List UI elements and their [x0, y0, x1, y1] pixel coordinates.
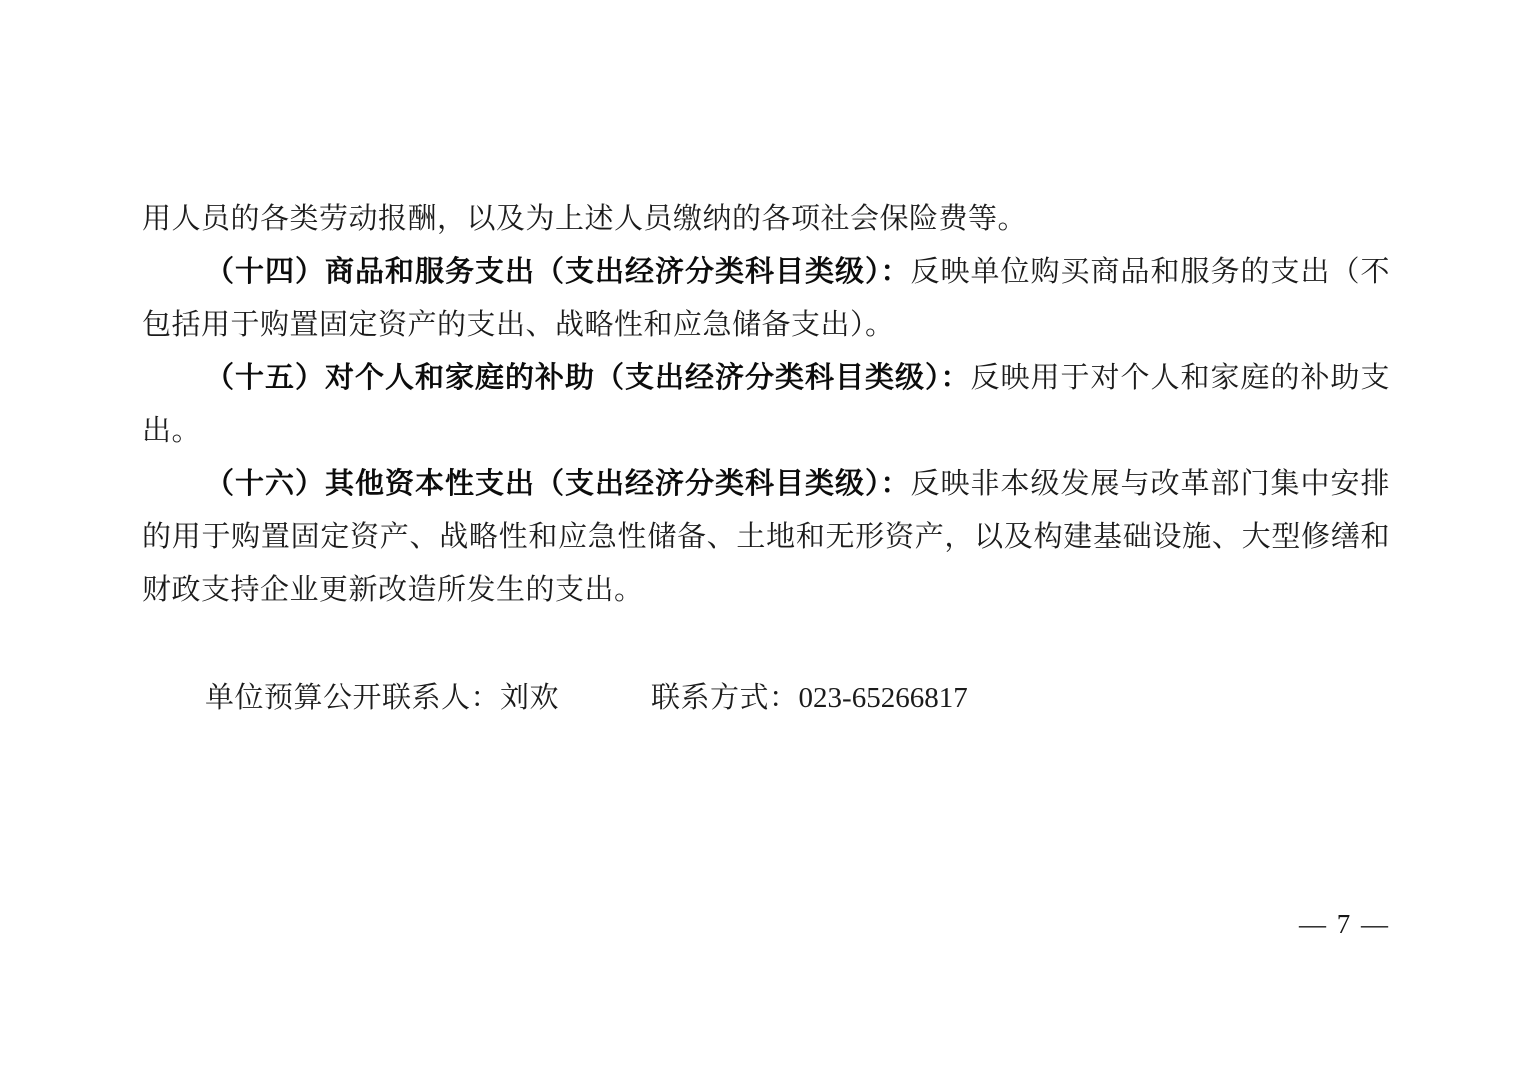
- paragraph-item-15: （十五）对个人和家庭的补助（支出经济分类科目类级）：反映用于对个人和家庭的补助支…: [142, 352, 1390, 458]
- paragraph-text: 用人员的各类劳动报酬，以及为上述人员缴纳的各项社会保险费等。: [142, 203, 1027, 235]
- contact-name: 刘欢: [500, 682, 559, 714]
- document-page: 用人员的各类劳动报酬，以及为上述人员缴纳的各项社会保险费等。 （十四）商品和服务…: [0, 0, 1520, 1074]
- paragraph-continuation: 用人员的各类劳动报酬，以及为上述人员缴纳的各项社会保险费等。: [142, 193, 1390, 246]
- contact-label: 单位预算公开联系人：: [205, 682, 500, 714]
- contact-method-label: 联系方式：: [651, 682, 799, 714]
- paragraph-lead-bold: （十六）其他资本性支出（支出经济分类科目类级）：: [205, 468, 910, 500]
- page-number: — 7 —: [1299, 908, 1390, 940]
- document-body: 用人员的各类劳动报酬，以及为上述人员缴纳的各项社会保险费等。 （十四）商品和服务…: [142, 193, 1390, 725]
- paragraph-lead-bold: （十四）商品和服务支出（支出经济分类科目类级）：: [205, 256, 910, 288]
- contact-line: 单位预算公开联系人：刘欢联系方式：023-65266817: [142, 672, 1390, 725]
- paragraph-item-16: （十六）其他资本性支出（支出经济分类科目类级）：反映非本级发展与改革部门集中安排…: [142, 458, 1390, 617]
- contact-phone-number: 023-65266817: [799, 682, 968, 714]
- paragraph-item-14: （十四）商品和服务支出（支出经济分类科目类级）：反映单位购买商品和服务的支出（不…: [142, 246, 1390, 352]
- paragraph-lead-bold: （十五）对个人和家庭的补助（支出经济分类科目类级）：: [205, 362, 970, 394]
